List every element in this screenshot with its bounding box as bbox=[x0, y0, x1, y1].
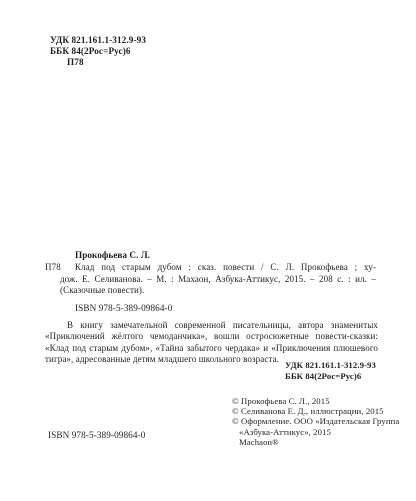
catalog-record-line: дож. Е. Селиванова. – М. : Махаон, Азбук… bbox=[60, 274, 376, 286]
udk-code: УДК 821.161.1-312.9-93 bbox=[50, 35, 146, 46]
annotation-line: В книгу замечательной современной писате… bbox=[45, 320, 378, 331]
catalog-author-heading: Прокофьева С. Л. bbox=[75, 251, 150, 261]
copyright-line: © Оформление. ООО «Издательская Группа bbox=[232, 416, 399, 426]
publisher-mark: Machaon® bbox=[239, 437, 399, 447]
isbn-bottom: ISBN 978-5-389-09864-0 bbox=[48, 430, 145, 440]
catalog-author-sign: П78 bbox=[45, 262, 61, 274]
author-sign: П78 bbox=[67, 57, 146, 68]
udk-code-bottom: УДК 821.161.1-312.9-93 bbox=[285, 360, 376, 371]
bbk-code: ББК 84(2Рос=Рус)6 bbox=[50, 46, 146, 57]
copyright-line: © Прокофьева С. Л., 2015 bbox=[232, 396, 399, 406]
bottom-classification-codes: УДК 821.161.1-312.9-93 ББК 84(2Рос=Рус)6 bbox=[285, 360, 376, 382]
annotation-line: «Клад под старым дубом», «Тайна забытого… bbox=[45, 343, 378, 354]
top-classification-codes: УДК 821.161.1-312.9-93 ББК 84(2Рос=Рус)6… bbox=[50, 35, 146, 68]
bbk-code-bottom: ББК 84(2Рос=Рус)6 bbox=[285, 371, 376, 382]
annotation-paragraph: В книгу замечательной современной писате… bbox=[45, 320, 378, 366]
catalog-record: П78 Клад под старым дубом : сказ. повест… bbox=[45, 262, 376, 297]
isbn-catalog: ISBN 978-5-389-09864-0 bbox=[75, 303, 172, 313]
copyright-line: © Селиванова Е. Д., иллюстрации, 2015 bbox=[232, 406, 399, 416]
book-imprint-page: УДК 821.161.1-312.9-93 ББК 84(2Рос=Рус)6… bbox=[0, 0, 416, 501]
copyright-block: © Прокофьева С. Л., 2015 © Селиванова Е.… bbox=[232, 396, 399, 447]
catalog-record-line: (Сказочные повести). bbox=[60, 285, 376, 297]
copyright-line: «Азбука-Аттикус», 2015 bbox=[239, 427, 399, 437]
catalog-record-line: Клад под старым дубом : сказ. повести / … bbox=[75, 262, 376, 274]
annotation-line: «Приключений жёлтого чемоданчика», вошли… bbox=[45, 331, 378, 342]
